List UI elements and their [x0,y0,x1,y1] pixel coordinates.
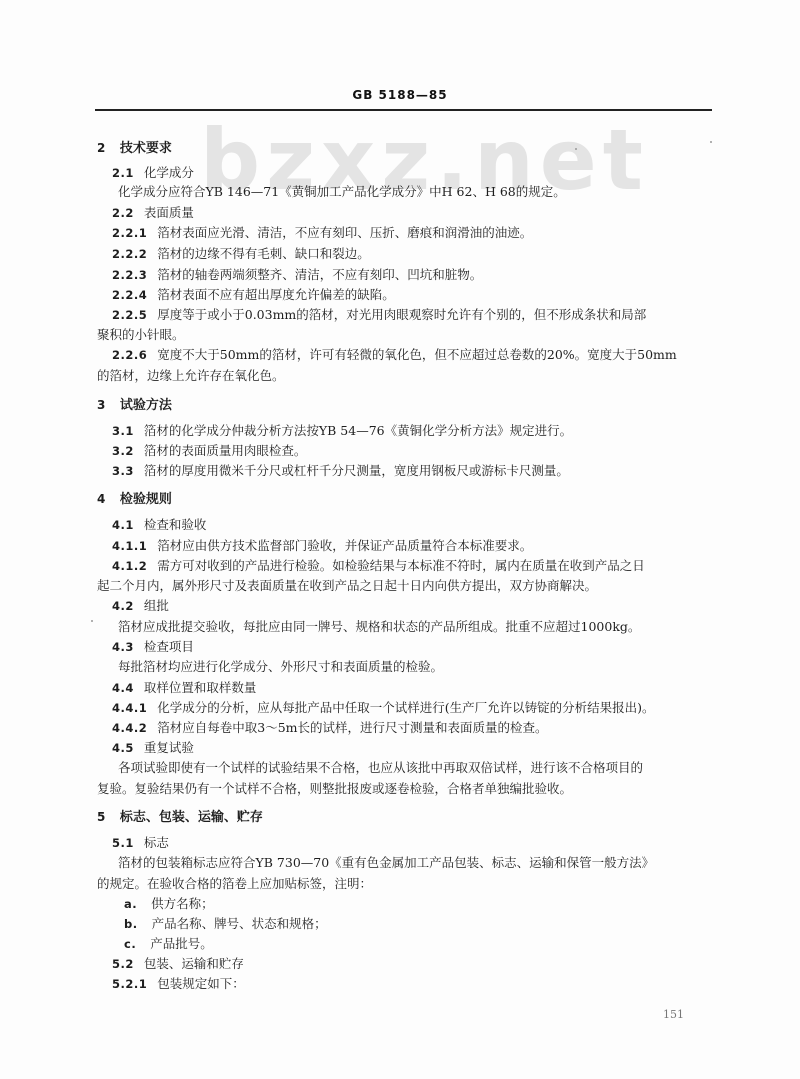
page-number: 151 [663,1008,684,1021]
clause-text: 宽度不大于50mm的箔材，许可有轻微的氧化色，但不应超过总卷数的20%。宽度大于… [157,347,677,362]
clause-number: 4.4 [112,681,134,695]
clause-number: 2.2.1 [112,226,147,240]
clause-text: 厚度等于或小于0.03mm的箔材，对光用肉眼观察时允许有个别的，但不形成条状和局… [157,307,646,322]
clause-number: 2.2.5 [112,308,147,322]
clause: 4.4.2箔材应自每卷中取3～5m长的试样，进行尺寸测量和表面质量的检查。 [112,720,548,736]
clause: 4.5重复试验 [112,740,194,756]
continuation: 聚积的小针眼。 [97,327,185,343]
paragraph: 箔材的包装箱标志应符合YB 730—70《重有色金属加工产品包装、标志、运输和保… [118,855,654,871]
list-item: c.产品批号。 [124,936,213,952]
section-title: 试验方法 [120,398,172,413]
list-marker: c. [124,937,136,951]
clause: 4.4.1化学成分的分析，应从每批产品中任取一个试样进行(生产厂允许以铸锭的分析… [112,700,655,716]
continuation: 起二个月内，属外形尺寸及表面质量在收到产品之日起十日内向供方提出，双方协商解决。 [97,578,597,594]
paragraph: 箔材应成批提交验收，每批应由同一牌号、规格和状态的产品所组成。批重不应超过100… [118,619,640,635]
clause: 5.2包装、运输和贮存 [112,956,244,972]
clause-number: 4.1.1 [112,539,147,553]
paragraph: 化学成分应符合YB 146—71《黄铜加工产品化学成分》中H 62、H 68的规… [118,184,566,200]
standard-code-header: GB 5188—85 [0,88,800,102]
clause-text: 箔材的边缘不得有毛刺、缺口和裂边。 [157,246,370,261]
clause: 2.2.4箔材表面不应有超出厚度允许偏差的缺陷。 [112,287,395,303]
clause: 4.2组批 [112,598,169,614]
clause-text: 箔材的厚度用微米千分尺或杠杆千分尺测量，宽度用钢板尺或游标卡尺测量。 [144,463,569,478]
list-item-text: 产品名称、牌号、状态和规格； [152,916,327,931]
section-heading: 3试验方法 [97,397,172,414]
continuation: 的规定。在验收合格的箔卷上应加贴标签，注明： [97,876,372,892]
clause-number: 2.2.3 [112,268,147,282]
clause-number: 5.1 [112,836,134,850]
clause: 4.1检查和验收 [112,517,206,533]
clause: 2.2.3箔材的轴卷两端须整齐、清洁，不应有刻印、凹坑和脏物。 [112,267,482,283]
scan-speck [575,148,577,150]
clause-number: 3.1 [112,424,134,438]
clause-text: 检查项目 [144,639,194,654]
clause: 5.2.1包装规定如下： [112,976,245,992]
clause-number: 4.4.1 [112,701,147,715]
clause-text: 取样位置和取样数量 [144,680,257,695]
clause-number: 2.1 [112,166,134,180]
clause-number: 4.3 [112,640,134,654]
clause-number: 4.1.2 [112,559,147,573]
clause: 4.4取样位置和取样数量 [112,680,256,696]
section-number: 5 [97,810,106,824]
list-marker: a. [124,897,137,911]
clause: 2.1化学成分 [112,165,194,181]
clause: 3.1箔材的化学成分仲裁分析方法按YB 54—76《黄铜化学分析方法》规定进行。 [112,423,572,439]
clause-number: 4.2 [112,599,134,613]
list-item-text: 产品批号。 [150,936,213,951]
scan-speck [91,620,93,622]
clause-number: 2.2.6 [112,348,147,362]
paragraph: 各项试验即使有一个试样的试验结果不合格，也应从该批中再取双倍试样，进行该不合格项… [118,760,643,776]
list-item-text: 供方名称； [151,896,214,911]
clause: 2.2表面质量 [112,205,194,221]
clause-number: 2.2.2 [112,247,147,261]
clause-number: 5.2.1 [112,977,147,991]
clause-text: 表面质量 [144,205,194,220]
continuation: 复验。复验结果仍有一个试样不合格，则整批报废或逐卷检验，合格者单独编批验收。 [97,781,572,797]
section-heading: 4检验规则 [97,491,172,508]
section-heading: 2技术要求 [97,140,172,157]
clause-number: 2.2.4 [112,288,147,302]
clause-text: 包装规定如下： [157,976,245,991]
section-number: 3 [97,398,106,412]
clause-text: 箔材的化学成分仲裁分析方法按YB 54—76《黄铜化学分析方法》规定进行。 [144,423,572,438]
clause-number: 4.5 [112,741,134,755]
clause-text: 组批 [144,598,169,613]
clause: 4.1.1箔材应由供方技术监督部门验收，并保证产品质量符合本标准要求。 [112,538,532,554]
section-number: 4 [97,492,106,506]
list-item: a.供方名称； [124,896,214,912]
clause: 3.2箔材的表面质量用肉眼检查。 [112,443,306,459]
section-title: 标志、包装、运输、贮存 [120,810,263,825]
clause-text: 箔材的表面质量用肉眼检查。 [144,443,307,458]
clause-number: 5.2 [112,957,134,971]
clause-text: 检查和验收 [144,517,207,532]
clause-number: 3.3 [112,464,134,478]
clause-text: 箔材表面应光滑、清洁，不应有刻印、压折、磨痕和润滑油的油迹。 [157,225,532,240]
continuation: 的箔材，边缘上允许存在氧化色。 [97,368,285,384]
section-title: 技术要求 [120,141,172,156]
clause: 3.3箔材的厚度用微米千分尺或杠杆千分尺测量，宽度用钢板尺或游标卡尺测量。 [112,463,569,479]
list-marker: b. [124,917,138,931]
clause: 2.2.1箔材表面应光滑、清洁，不应有刻印、压折、磨痕和润滑油的油迹。 [112,225,532,241]
scan-speck [710,141,712,143]
clause: 2.2.5厚度等于或小于0.03mm的箔材，对光用肉眼观察时允许有个别的，但不形… [112,307,646,323]
clause-text: 箔材表面不应有超出厚度允许偏差的缺陷。 [157,287,395,302]
clause-text: 重复试验 [144,740,194,755]
clause-number: 2.2 [112,206,134,220]
clause-text: 箔材的轴卷两端须整齐、清洁，不应有刻印、凹坑和脏物。 [157,267,482,282]
clause-text: 需方可对收到的产品进行检验。如检验结果与本标准不符时，属内在质量在收到产品之日 [157,558,645,573]
clause: 4.3检查项目 [112,639,194,655]
clause-text: 化学成分 [144,165,194,180]
section-heading: 5标志、包装、运输、贮存 [97,809,263,826]
clause-text: 箔材应自每卷中取3～5m长的试样，进行尺寸测量和表面质量的检查。 [157,720,547,735]
clause: 2.2.6宽度不大于50mm的箔材，许可有轻微的氧化色，但不应超过总卷数的20%… [112,347,677,363]
section-number: 2 [97,141,106,155]
clause-number: 4.4.2 [112,721,147,735]
list-item: b.产品名称、牌号、状态和规格； [124,916,327,932]
clause-text: 箔材应由供方技术监督部门验收，并保证产品质量符合本标准要求。 [157,538,532,553]
paragraph: 每批箔材均应进行化学成分、外形尺寸和表面质量的检验。 [118,659,443,675]
document-page: GB 5188—85 bzxz.net 2技术要求 2.1化学成分 化学成分应符… [0,0,800,1079]
clause: 4.1.2需方可对收到的产品进行检验。如检验结果与本标准不符时，属内在质量在收到… [112,558,645,574]
clause-text: 标志 [144,835,169,850]
clause: 5.1标志 [112,835,169,851]
clause: 2.2.2箔材的边缘不得有毛刺、缺口和裂边。 [112,246,370,262]
clause-text: 化学成分的分析，应从每批产品中任取一个试样进行(生产厂允许以铸锭的分析结果报出)… [157,700,654,715]
clause-number: 4.1 [112,518,134,532]
clause-number: 3.2 [112,444,134,458]
section-title: 检验规则 [120,492,172,507]
clause-text: 包装、运输和贮存 [144,956,244,971]
